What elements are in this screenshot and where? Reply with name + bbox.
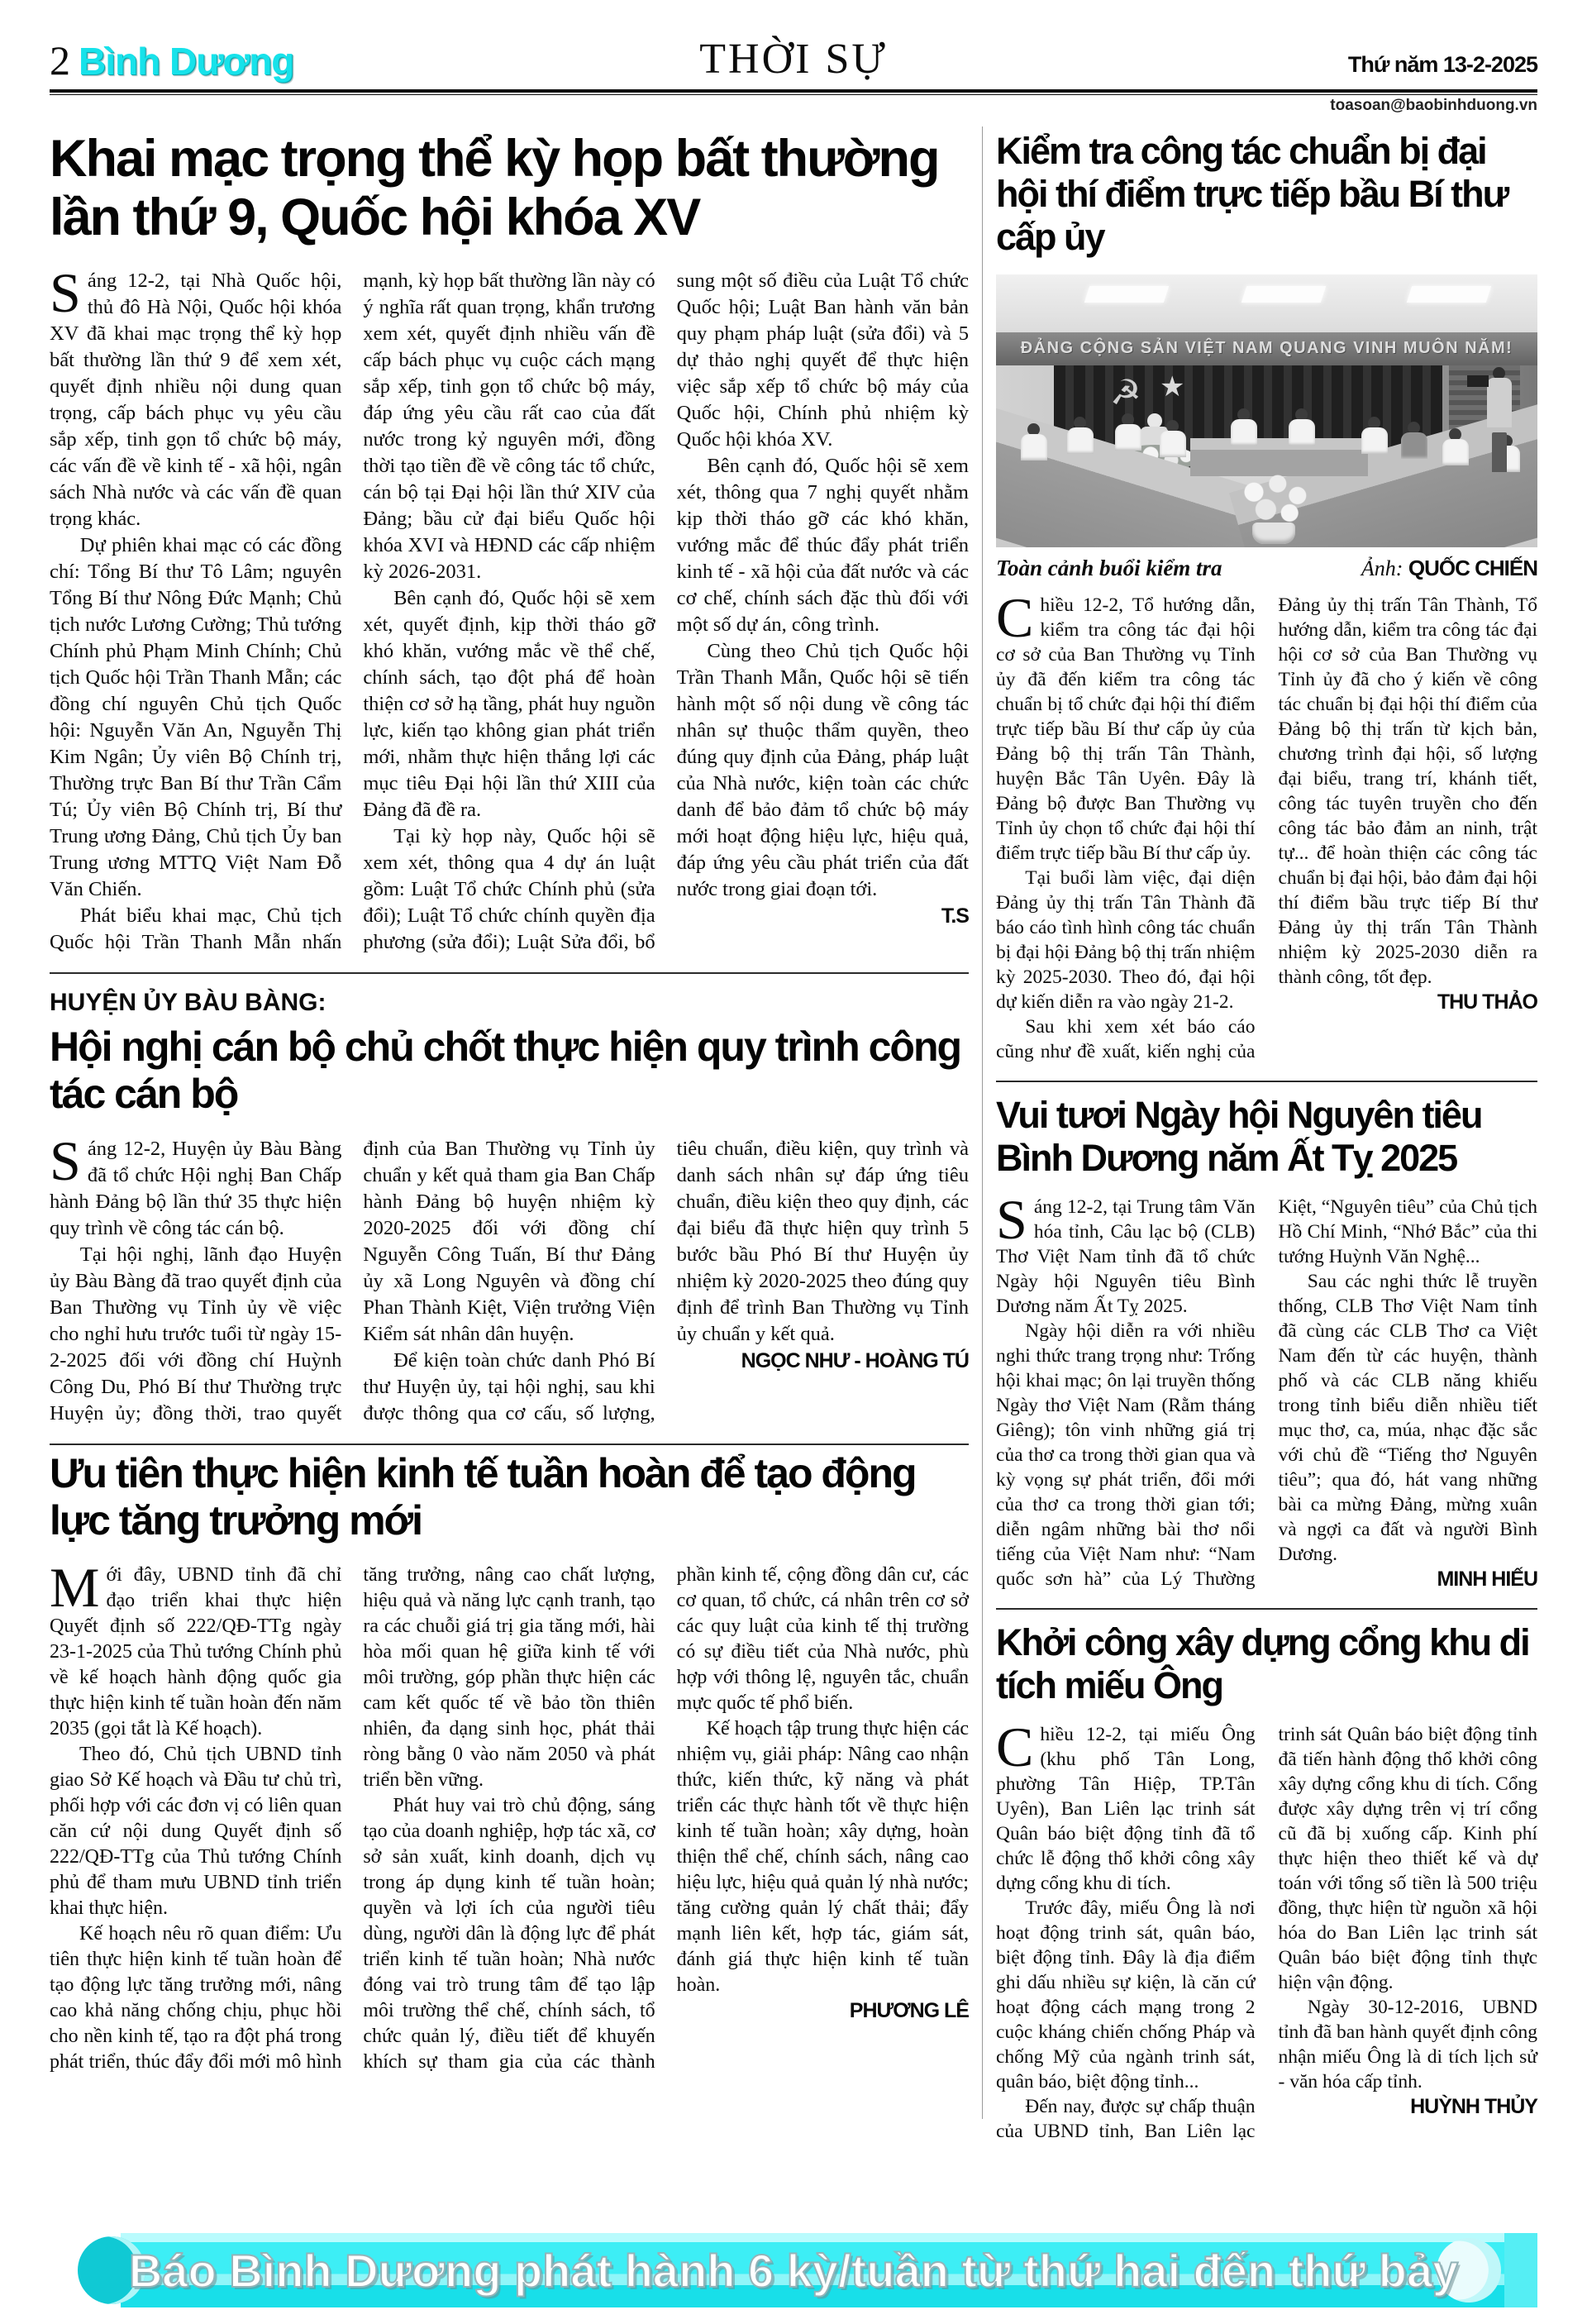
- article-quoc-hoi: Khai mạc trọng thể kỳ họp bất thường lần…: [50, 130, 969, 956]
- byline: MINH HIẾU: [1279, 1567, 1538, 1591]
- paragraph: Sáng 12-2, tại Trung tâm Văn hóa tỉnh, C…: [996, 1195, 1256, 1319]
- paragraph: Ngày 30-12-2016, UBND tỉnh đã ban hành q…: [1279, 1995, 1538, 2094]
- paragraph: Sau các nghi thức lễ truyền thống, CLB T…: [1279, 1269, 1538, 1567]
- paragraph: Cùng theo Chủ tịch Quốc hội Trần Thanh M…: [677, 638, 969, 903]
- attendee: [1360, 417, 1389, 455]
- flower-pot: [1252, 523, 1295, 544]
- section-title: THỜI SỰ: [699, 38, 887, 81]
- meeting-room-photo: ĐẢNG CỘNG SẢN VIỆT NAM QUANG VINH MUÔN N…: [996, 274, 1537, 547]
- attendee: [1019, 423, 1049, 461]
- paragraph: Theo đó, Chủ tịch UBND tỉnh giao Sở Kế h…: [50, 1742, 341, 1921]
- section-separator: [50, 1444, 969, 1445]
- column-divider: [982, 126, 983, 2119]
- brand-logo: Bình Dương: [79, 42, 293, 80]
- masthead-rule: [50, 89, 1537, 95]
- article-title: Hội nghị cán bộ chủ chốt thực hiện quy t…: [50, 1024, 969, 1118]
- slogan-banner: ĐẢNG CỘNG SẢN VIỆT NAM QUANG VINH MUÔN N…: [996, 332, 1537, 365]
- banner-left-ornament: [50, 2233, 121, 2307]
- article-body: Sáng 12-2, tại Trung tâm Văn hóa tỉnh, C…: [996, 1195, 1537, 1591]
- article-title: Ưu tiên thực hiện kinh tế tuần hoàn để t…: [50, 1450, 969, 1544]
- byline: HUỲNH THỦY: [1279, 2094, 1538, 2119]
- ceiling-light: [1407, 286, 1491, 303]
- photo-caption: Toàn cảnh buổi kiểm tra: [996, 556, 1222, 581]
- attendee: [1287, 408, 1317, 446]
- article-body: Sáng 12-2, tại Nhà Quốc hội, thủ đô Hà N…: [50, 268, 969, 956]
- contact-email: toasoan@baobinhduong.vn: [50, 97, 1537, 115]
- drop-cap: S: [50, 268, 88, 314]
- drop-cap: S: [50, 1136, 88, 1182]
- photographer: [1485, 367, 1513, 473]
- photo-caption-row: Toàn cảnh buổi kiểm tra Ảnh: QUỐC CHIẾN: [996, 556, 1537, 581]
- paragraph: Kế hoạch tập trung thực hiện các nhiệm v…: [677, 1716, 969, 1998]
- paragraph: Dự phiên khai mạc có các đồng chí: Tổng …: [50, 532, 341, 903]
- article-title: Khởi công xây dựng cổng khu di tích miếu…: [996, 1621, 1537, 1707]
- paragraph: Chiều 12-2, tại miếu Ông (khu phố Tân Lo…: [996, 1722, 1256, 1896]
- paragraph: Chiều 12-2, Tổ hướng dẫn, kiểm tra công …: [996, 593, 1256, 866]
- article-kicker: HUYỆN ỦY BÀU BÀNG:: [50, 989, 969, 1017]
- star-icon: ★: [1160, 370, 1184, 403]
- article-kiem-tra: Kiểm tra công tác chuẩn bị đại hội thí đ…: [996, 130, 1537, 1064]
- masthead: 2 Bình Dương THỜI SỰ Thứ năm 13-2-2025: [50, 21, 1537, 81]
- section-separator: [996, 1608, 1537, 1610]
- ceiling-light: [1084, 286, 1169, 303]
- slogan-text: ĐẢNG CỘNG SẢN VIỆT NAM QUANG VINH MUÔN N…: [1021, 339, 1513, 358]
- attendee: [1158, 420, 1188, 458]
- paragraph: Sáng 12-2, Huyện ủy Bàu Bàng đã tổ chức …: [50, 1136, 341, 1242]
- byline: PHƯƠNG LÊ: [677, 1998, 969, 2024]
- banner-right-edge: [1504, 2233, 1537, 2307]
- footer-banner: Báo Bình Dương phát hành 6 kỳ/tuần từ th…: [50, 2233, 1537, 2307]
- attendee: [1113, 413, 1143, 451]
- paragraph: Bên cạnh đó, Quốc hội sẽ xem xét, thông …: [677, 453, 969, 638]
- paragraph: Sáng 12-2, tại Nhà Quốc hội, thủ đô Hà N…: [50, 268, 341, 532]
- camera-icon: [1467, 375, 1489, 387]
- article-title: Khai mạc trọng thể kỳ họp bất thường lần…: [50, 130, 969, 246]
- credit-label: Ảnh:: [1361, 556, 1404, 580]
- issue-date: Thứ năm 13-2-2025: [1348, 52, 1537, 78]
- byline: T.S: [677, 903, 969, 929]
- right-column: Kiểm tra công tác chuẩn bị đại hội thí đ…: [996, 118, 1537, 2144]
- article-kinh-te: Ưu tiên thực hiện kinh tế tuần hoàn để t…: [50, 1450, 969, 2075]
- article-body: Mới đây, UBND tỉnh đã chỉ đạo triển khai…: [50, 1563, 969, 2075]
- newspaper-page: 2 Bình Dương THỜI SỰ Thứ năm 13-2-2025 t…: [0, 0, 1587, 2324]
- section-separator: [996, 1081, 1537, 1082]
- attendee: [1441, 428, 1470, 466]
- attendee: [1399, 422, 1429, 460]
- attendee: [1229, 408, 1259, 446]
- article-nguyen-tieu: Vui tươi Ngày hội Nguyên tiêu Bình Dương…: [996, 1094, 1537, 1591]
- article-title: Vui tươi Ngày hội Nguyên tiêu Bình Dương…: [996, 1094, 1537, 1180]
- drop-cap: M: [50, 1563, 106, 1609]
- byline: NGỌC NHƯ - HOÀNG TÚ: [677, 1348, 969, 1374]
- paragraph: Bên cạnh đó, Quốc hội sẽ xem xét, quyết …: [363, 585, 655, 823]
- drop-cap: S: [996, 1195, 1034, 1241]
- hammer-sickle-icon: ☭: [1110, 372, 1141, 413]
- paragraph: Trước đây, miếu Ông là nơi hoạt động tri…: [996, 1896, 1256, 2094]
- article-body: Sáng 12-2, Huyện ủy Bàu Bàng đã tổ chức …: [50, 1136, 969, 1427]
- page-number: 2: [50, 40, 70, 81]
- footer-slogan: Báo Bình Dương phát hành 6 kỳ/tuần từ th…: [129, 2244, 1458, 2298]
- article-bau-bang: HUYỆN ỦY BÀU BÀNG: Hội nghị cán bộ chủ c…: [50, 989, 969, 1427]
- article-body: Chiều 12-2, Tổ hướng dẫn, kiểm tra công …: [996, 593, 1537, 1064]
- credit-name: QUỐC CHIẾN: [1408, 556, 1537, 580]
- ceiling-light: [1241, 286, 1326, 303]
- drop-cap: C: [996, 1722, 1040, 1768]
- photo-ceiling: [996, 274, 1537, 332]
- article-title: Kiểm tra công tác chuẩn bị đại hội thí đ…: [996, 130, 1537, 260]
- byline: THU THẢO: [1279, 990, 1538, 1014]
- photo-credit: Ảnh: QUỐC CHIẾN: [1361, 556, 1537, 581]
- attendee: [1065, 417, 1095, 455]
- article-mieu-ong: Khởi công xây dựng cổng khu di tích miếu…: [996, 1621, 1537, 2144]
- paragraph: Mới đây, UBND tỉnh đã chỉ đạo triển khai…: [50, 1563, 341, 1742]
- left-column: Khai mạc trọng thể kỳ họp bất thường lần…: [50, 118, 969, 2144]
- section-separator: [50, 972, 969, 974]
- paragraph: Tại buổi làm việc, đại diện Đảng ủy thị …: [996, 866, 1256, 1014]
- drop-cap: C: [996, 593, 1040, 639]
- article-body: Chiều 12-2, tại miếu Ông (khu phố Tân Lo…: [996, 1722, 1537, 2144]
